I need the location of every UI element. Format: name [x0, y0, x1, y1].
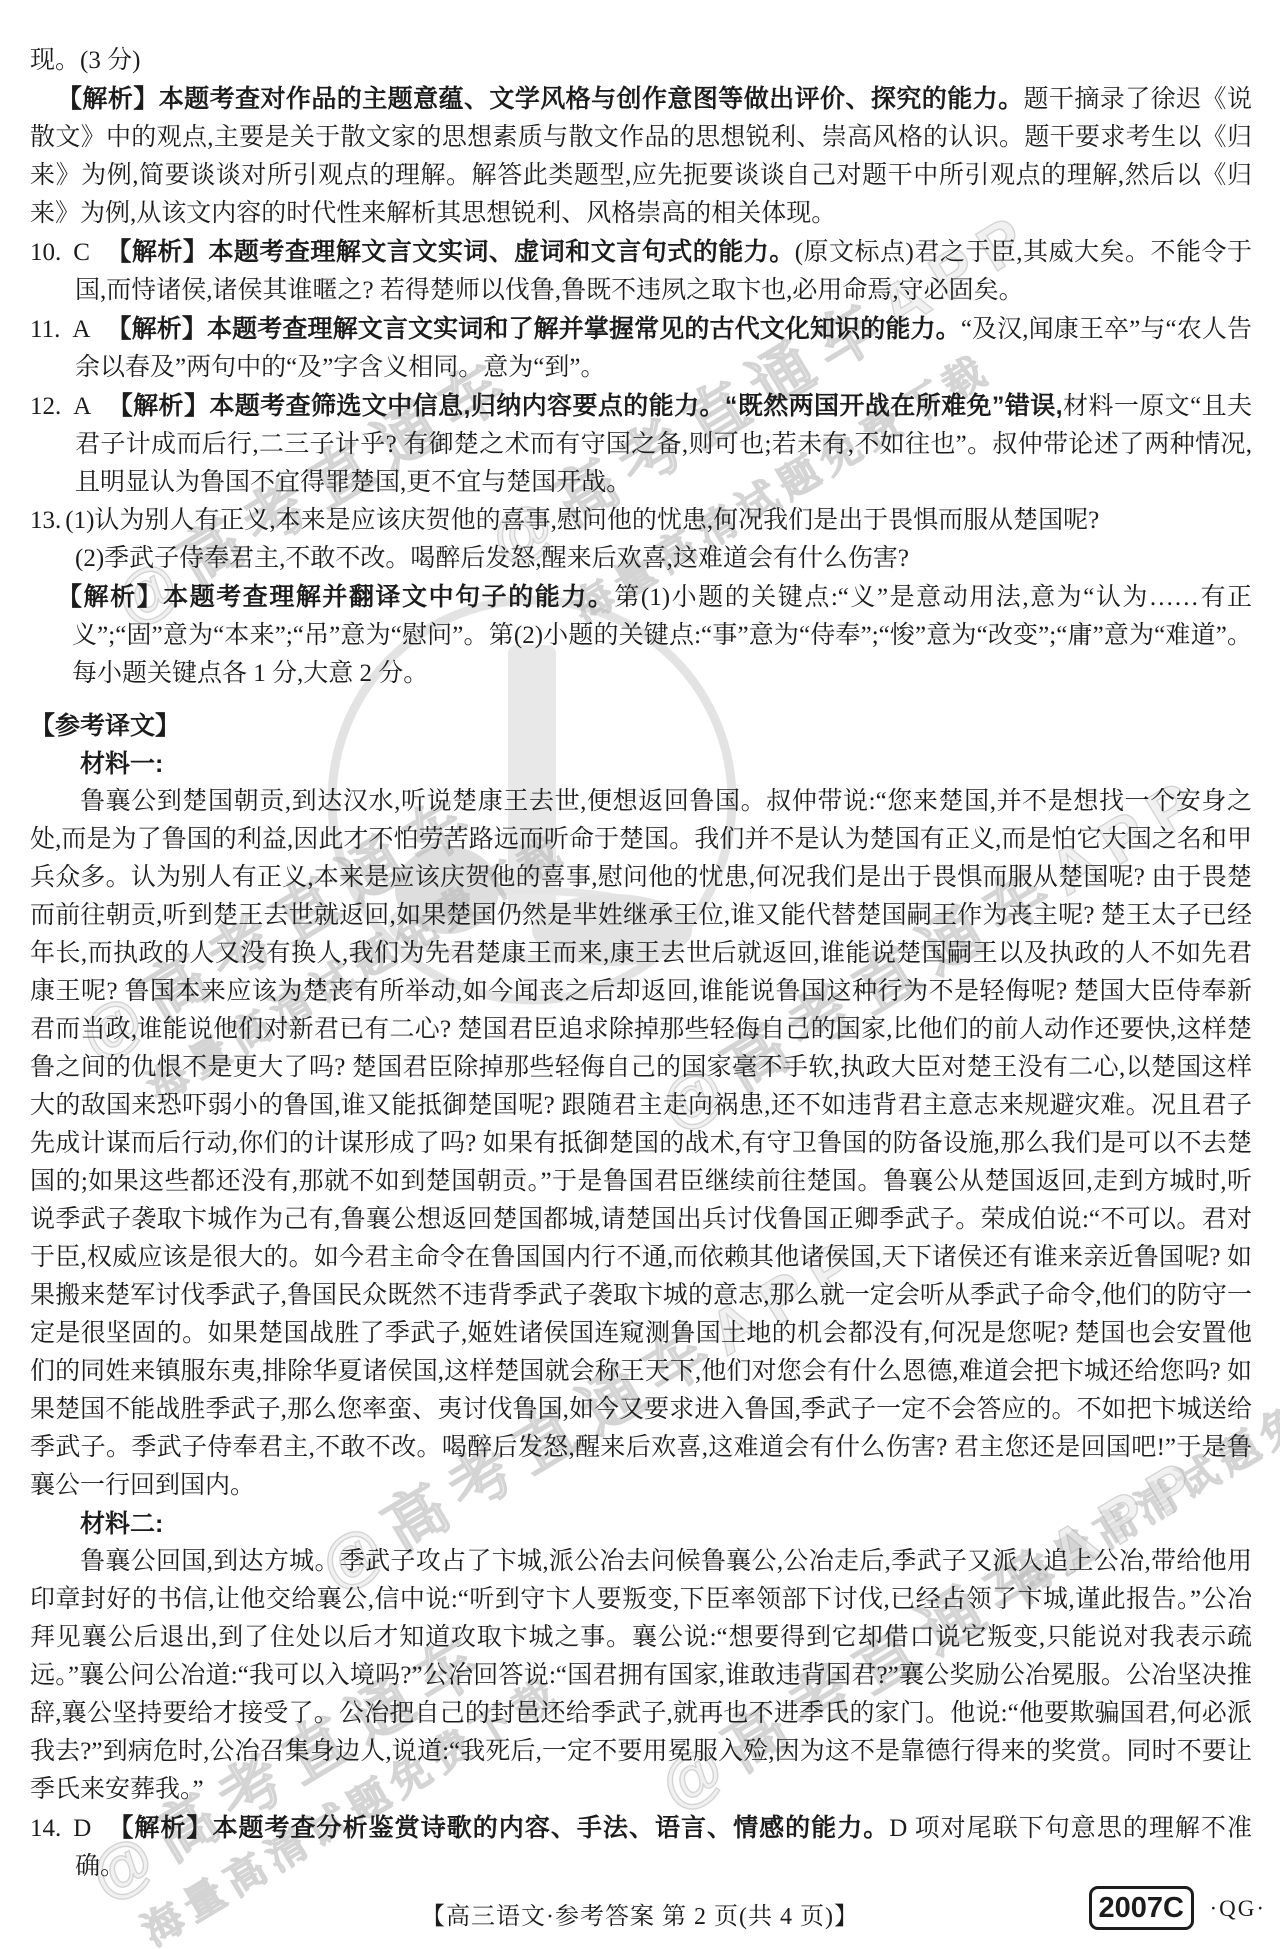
material-1-translation: 鲁襄公到楚国朝贡,到达汉水,听说楚康王去世,便想返回鲁国。叔仲带说:“您来楚国,…	[30, 783, 1252, 1505]
analysis-paragraph-essay: 【解析】本题考查对作品的主题意蕴、文学风格与创作意图等做出评价、探究的能力。题干…	[30, 80, 1252, 233]
material-2-label: 材料二:	[30, 1505, 1252, 1543]
analysis-label-bold: 【解析】本题考查筛选文中信息,归纳内容要点的能力。“既然两国开战在所难免”错误,	[107, 392, 1062, 420]
translation-answer-1: (1)认为别人有正义,本来是应该庆贺他的喜事,慰问他的忧患,何况我们是出于畏惧而…	[65, 507, 1099, 534]
paper-code-badge: 2007C	[1089, 1886, 1194, 1930]
question-13-answer-part1: 13.(1)认为别人有正义,本来是应该庆贺他的喜事,慰问他的忧患,何况我们是出于…	[30, 502, 1252, 540]
question-number: 11.	[30, 316, 60, 343]
answer-letter: A	[72, 316, 90, 343]
question-number: 13.	[30, 507, 61, 534]
analysis-label-bold: 【解析】本题考查分析鉴赏诗歌的内容、手法、语言、情感的能力。	[107, 1814, 889, 1842]
analysis-label-bold: 【解析】本题考查理解文言文实词和了解并掌握常见的古代文化知识的能力。	[106, 315, 960, 343]
answer-key-body: 现。(3 分) 【解析】本题考查对作品的主题意蕴、文学风格与创作意图等做出评价、…	[30, 42, 1252, 1886]
footer-version-mark: ·QG·	[1209, 1896, 1266, 1922]
material-2-translation: 鲁襄公回国,到达方城。季武子攻占了卞城,派公冶去问候鲁襄公,公冶走后,季武子又派…	[30, 1543, 1252, 1809]
translation-answer-2: (2)季武子侍奉君主,不敢不改。喝醉后发怒,醒来后欢喜,这难道会有什么伤害?	[75, 545, 909, 572]
analysis-label-bold: 【解析】本题考查对作品的主题意蕴、文学风格与创作意图等做出评价、探究的能力。	[57, 85, 1024, 113]
question-number: 14.	[30, 1815, 61, 1842]
question-13-answer-part2: (2)季武子侍奉君主,不敢不改。喝醉后发怒,醒来后欢喜,这难道会有什么伤害?	[30, 540, 1252, 578]
question-14-answer: 14.D【解析】本题考查分析鉴赏诗歌的内容、手法、语言、情感的能力。D 项对尾联…	[30, 1809, 1252, 1886]
page-footer: 【高三语文·参考答案 第 2 页(共 4 页)】 2007C ·QG·	[0, 1884, 1280, 1940]
answer-carryover-line: 现。(3 分)	[30, 42, 1252, 80]
footer-title-page-number: 【高三语文·参考答案 第 2 页(共 4 页)】	[421, 1896, 859, 1931]
answer-letter: C	[73, 239, 90, 266]
answer-letter: D	[73, 1815, 91, 1842]
question-13-analysis: 【解析】本题考查理解并翻译文中句子的能力。第(1)小题的关键点:“义”是意动用法…	[30, 578, 1252, 693]
exam-answer-page: @高考直通车APP 海量高清试题免费下载 @高考直通车 @高考直通车 海量高清试…	[0, 0, 1280, 1949]
question-10-answer: 10.C【解析】本题考查理解文言文实词、虚词和文言句式的能力。(原文标点)君之于…	[30, 233, 1252, 310]
carryover-text: 现。(3 分)	[30, 47, 140, 74]
answer-letter: A	[73, 393, 91, 420]
analysis-label-bold: 【解析】本题考查理解文言文实词、虚词和文言句式的能力。	[106, 238, 795, 266]
material-1-label: 材料一:	[30, 745, 1252, 783]
question-number: 10.	[30, 239, 61, 266]
question-number: 12.	[30, 393, 61, 420]
question-12-answer: 12.A【解析】本题考查筛选文中信息,归纳内容要点的能力。“既然两国开战在所难免…	[30, 387, 1252, 502]
question-11-answer: 11.A【解析】本题考查理解文言文实词和了解并掌握常见的古代文化知识的能力。“及…	[30, 310, 1252, 387]
reference-translation-heading: 【参考译文】	[30, 707, 1252, 745]
analysis-label-bold: 【解析】本题考查理解并翻译文中句子的能力。	[57, 583, 614, 611]
